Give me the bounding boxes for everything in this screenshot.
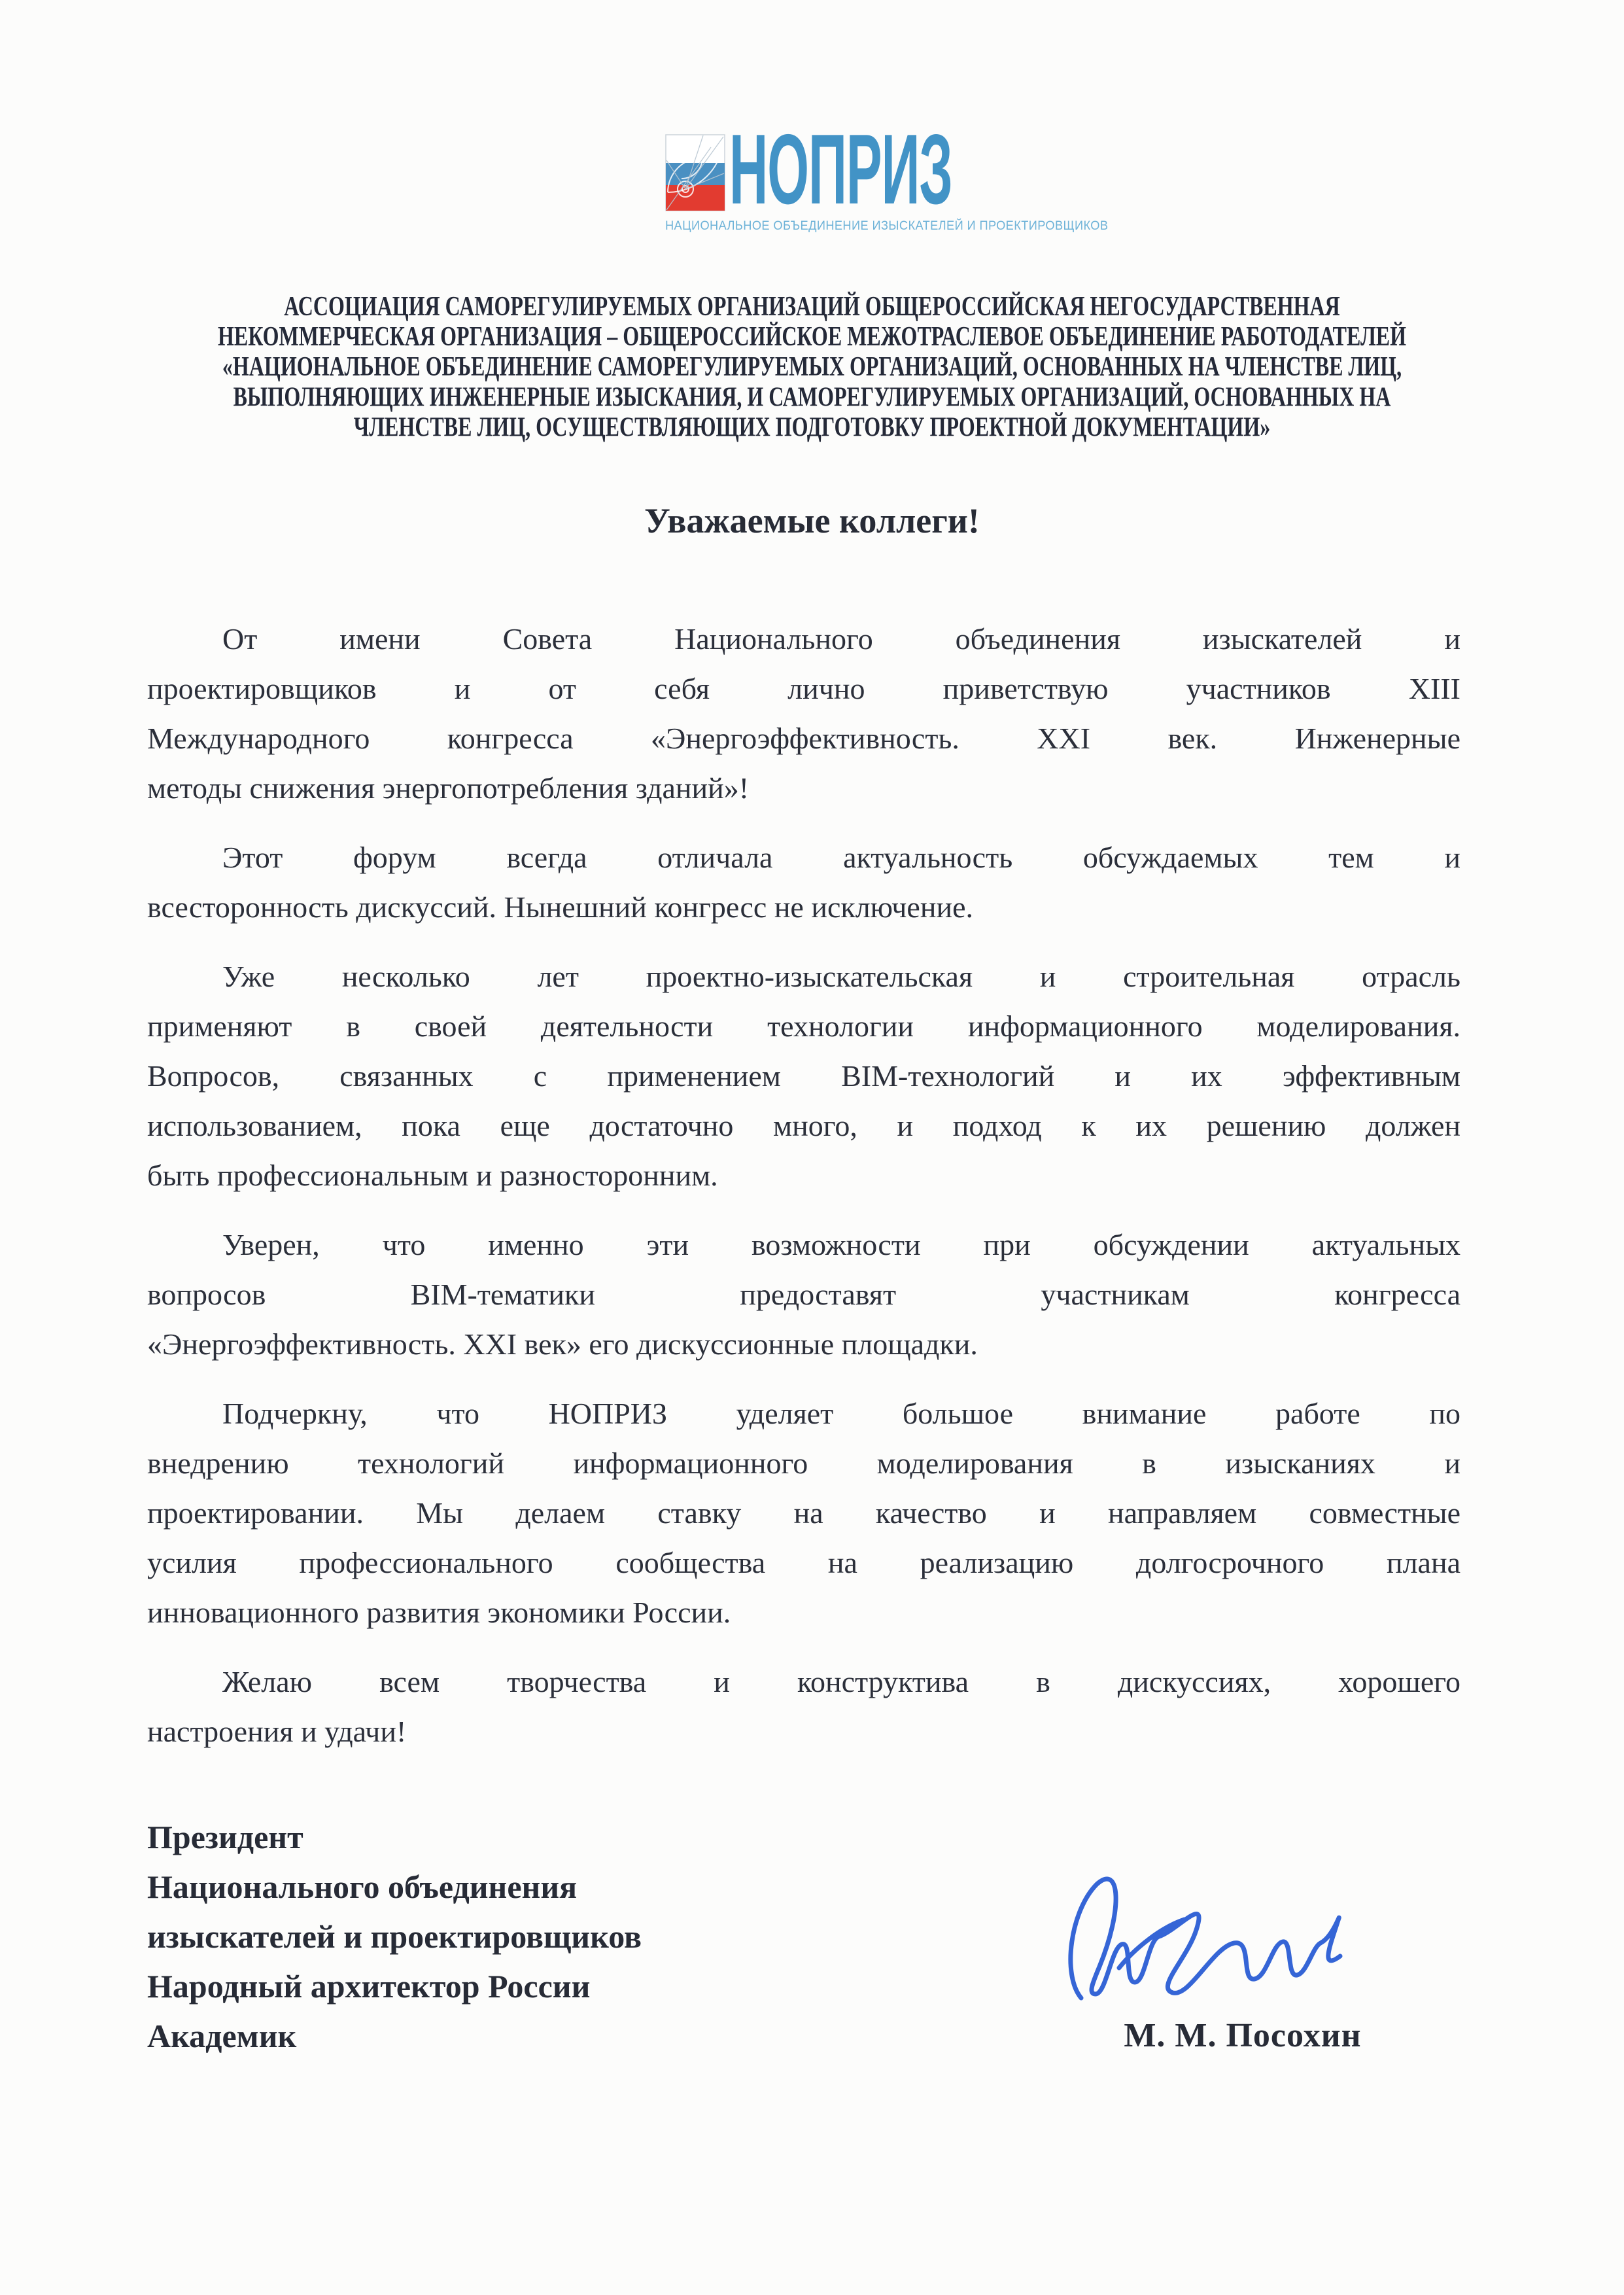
paragraph-line: быть профессиональным и разносторонним. bbox=[147, 1151, 1460, 1200]
paragraph-line: Уже несколько лет проектно-изыскательска… bbox=[147, 952, 1460, 1002]
letterhead-line: НЕКОММЕРЧЕСКАЯ ОРГАНИЗАЦИЯ – ОБЩЕРОССИЙС… bbox=[162, 321, 1461, 351]
letterhead-line: ЧЛЕНСТВЕ ЛИЦ, ОСУЩЕСТВЛЯЮЩИХ ПОДГОТОВКУ … bbox=[162, 412, 1461, 442]
paragraph-line: инновационного развития экономики России… bbox=[147, 1588, 1460, 1638]
paragraph-line: Вопросов, связанных с применением BIM-те… bbox=[147, 1051, 1460, 1101]
paragraph: Желаю всем творчества и конструктива в д… bbox=[147, 1657, 1460, 1757]
paragraph-line: проектировании. Мы делаем ставку на каче… bbox=[147, 1488, 1460, 1538]
letter-page: НОПРИЗ НАЦИОНАЛЬНОЕ ОБЪЕДИНЕНИЕ ИЗЫСКАТЕ… bbox=[0, 0, 1624, 2295]
logo-wordmark-box: НОПРИЗ bbox=[729, 134, 959, 213]
paragraph: Уже несколько лет проектно-изыскательска… bbox=[147, 952, 1460, 1200]
signer-title-line: изыскателей и проектировщиков bbox=[147, 1912, 642, 1961]
letter-body: От имени Совета Национального объединени… bbox=[0, 614, 1624, 1757]
paragraph-line: проектировщиков и от себя лично приветст… bbox=[147, 664, 1460, 714]
letterhead-org-name: АССОЦИАЦИЯ САМОРЕГУЛИРУЕМЫХ ОРГАНИЗАЦИЙ … bbox=[162, 291, 1461, 442]
paragraph-line: Международного конгресса «Энергоэффектив… bbox=[147, 714, 1460, 763]
signer-title-line: Президент bbox=[147, 1812, 642, 1862]
letterhead-line: АССОЦИАЦИЯ САМОРЕГУЛИРУЕМЫХ ОРГАНИЗАЦИЙ … bbox=[162, 291, 1461, 321]
paragraph-line: Подчеркну, что НОПРИЗ уделяет большое вн… bbox=[147, 1389, 1460, 1439]
paragraph: Этот форум всегда отличала актуальность … bbox=[147, 833, 1460, 932]
signature-section: ПрезидентНационального объединенияизыска… bbox=[0, 1812, 1624, 2179]
paragraph-line: настроения и удачи! bbox=[147, 1707, 1460, 1757]
letterhead-line: «НАЦИОНАЛЬНОЕ ОБЪЕДИНЕНИЕ САМОРЕГУЛИРУЕМ… bbox=[162, 351, 1461, 381]
letterhead-line: ВЫПОЛНЯЮЩИХ ИНЖЕНЕРНЫЕ ИЗЫСКАНИЯ, И САМО… bbox=[162, 382, 1461, 412]
paragraph-line: вопросов BIM-тематики предоставят участн… bbox=[147, 1270, 1460, 1320]
signer-title-line: Народный архитектор России bbox=[147, 1961, 642, 2011]
paragraph-line: всесторонность дискуссий. Нынешний конгр… bbox=[147, 883, 1460, 932]
signer-title-line: Национального объединения bbox=[147, 1862, 642, 1912]
paragraph-line: применяют в своей деятельности технологи… bbox=[147, 1002, 1460, 1051]
paragraph-line: использованием, пока еще достаточно мног… bbox=[147, 1101, 1460, 1151]
paragraph-line: Желаю всем творчества и конструктива в д… bbox=[147, 1657, 1460, 1707]
logo-row: НОПРИЗ bbox=[665, 134, 959, 213]
signer-titles: ПрезидентНационального объединенияизыска… bbox=[147, 1812, 642, 2061]
flag-spiral-icon bbox=[665, 134, 725, 211]
logo-tagline: НАЦИОНАЛЬНОЕ ОБЪЕДИНЕНИЕ ИЗЫСКАТЕЛЕЙ И П… bbox=[665, 219, 948, 234]
paragraph-line: внедрению технологий информационного мод… bbox=[147, 1439, 1460, 1488]
paragraph-line: «Энергоэффективность. XXI век» его диску… bbox=[147, 1320, 1460, 1369]
paragraph-line: Уверен, что именно эти возможности при о… bbox=[147, 1220, 1460, 1270]
paragraph-line: усилия профессионального сообщества на р… bbox=[147, 1538, 1460, 1588]
signer-title-line: Академик bbox=[147, 2011, 642, 2061]
paragraph: От имени Совета Национального объединени… bbox=[147, 614, 1460, 813]
paragraph-line: Этот форум всегда отличала актуальность … bbox=[147, 833, 1460, 883]
handwritten-signature bbox=[1056, 1870, 1370, 2004]
paragraph-line: методы снижения энергопотребления зданий… bbox=[147, 763, 1460, 813]
paragraph-line: От имени Совета Национального объединени… bbox=[147, 614, 1460, 664]
paragraph: Уверен, что именно эти возможности при о… bbox=[147, 1220, 1460, 1369]
logo-wordmark: НОПРИЗ bbox=[729, 134, 952, 205]
greeting: Уважаемые коллеги! bbox=[0, 500, 1624, 541]
paragraph: Подчеркну, что НОПРИЗ уделяет большое вн… bbox=[147, 1389, 1460, 1638]
nopriz-logo: НОПРИЗ НАЦИОНАЛЬНОЕ ОБЪЕДИНЕНИЕ ИЗЫСКАТЕ… bbox=[665, 134, 959, 234]
signer-name: М. М. Посохин bbox=[1073, 2016, 1413, 2055]
